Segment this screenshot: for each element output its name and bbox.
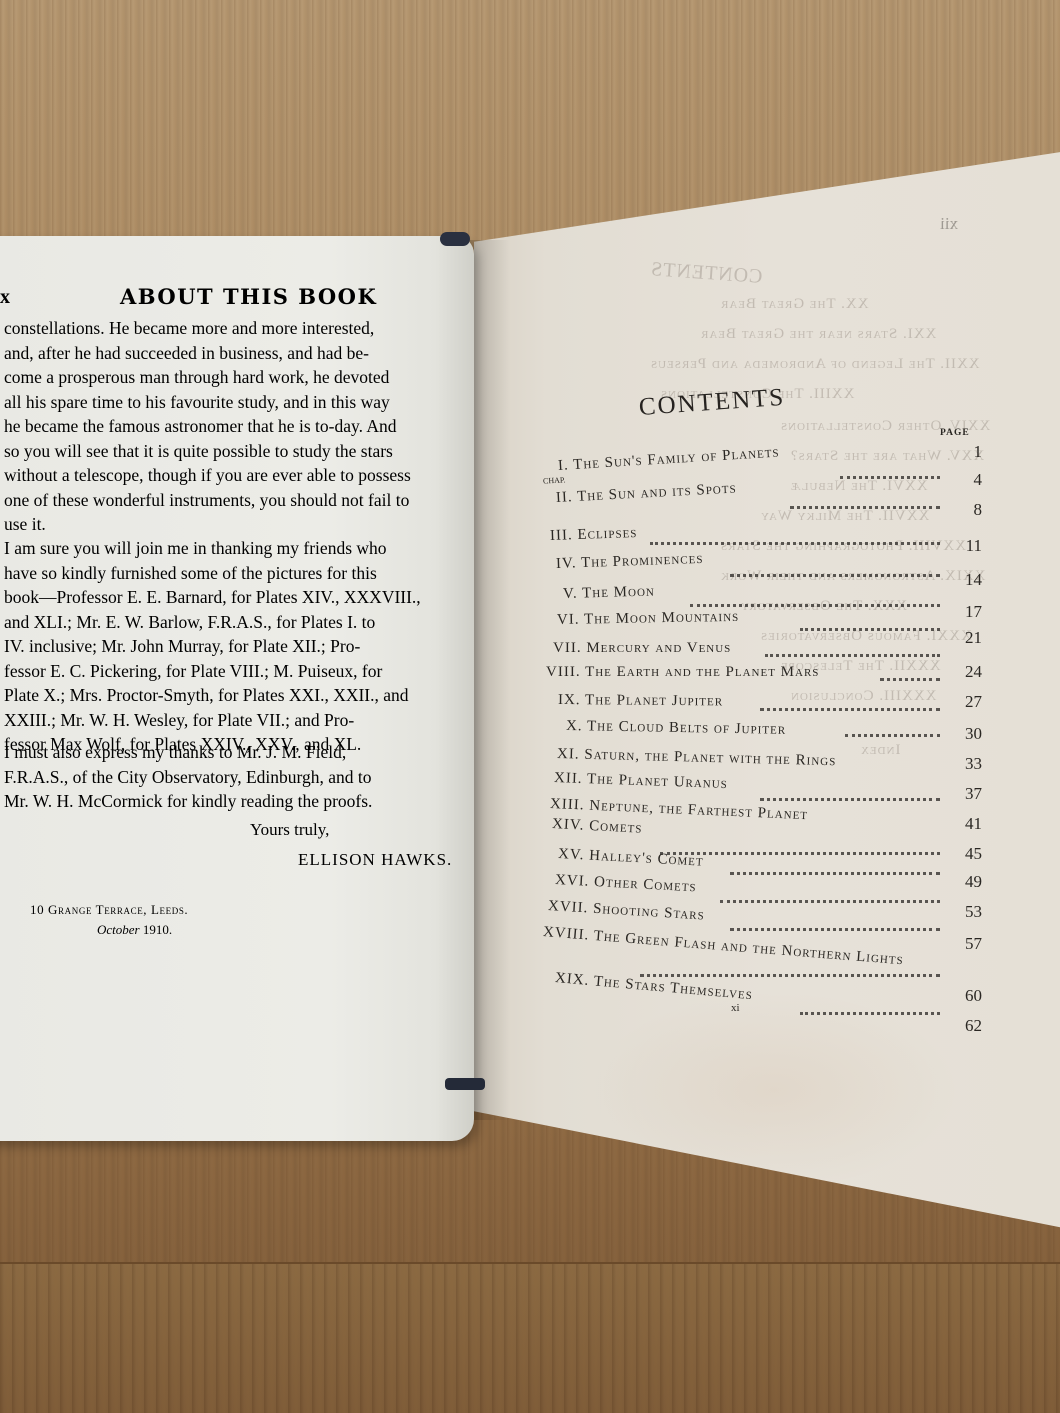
show-through-page-number: xii <box>940 214 958 234</box>
toc-entry-title: XVII. Shooting Stars <box>547 898 705 925</box>
leader-dots <box>690 598 940 607</box>
chapter-numeral: V. <box>563 586 578 602</box>
chapter-numeral: XII. <box>554 770 583 787</box>
chapter-numeral: II. <box>556 489 574 506</box>
show-through-line: XX. The Great Bear <box>720 296 869 313</box>
chapter-numeral: XIV. <box>552 816 585 834</box>
chapter-title: Eclipses <box>577 525 637 543</box>
leader-dots <box>790 500 940 509</box>
text-line: he became the famous astronomer that he … <box>4 414 466 439</box>
text-line: and, after he had succeeded in business,… <box>4 341 466 366</box>
chapter-numeral: XI. <box>557 746 580 763</box>
toc-entry-title: XI. Saturn, the Planet with the Rings <box>557 746 837 770</box>
toc-entry: IV. The Prominences 14 <box>0 556 1060 584</box>
toc-entry-title: VI. The Moon Mountains <box>557 609 740 629</box>
text-line: come a prosperous man through hard work,… <box>4 365 466 390</box>
chapter-title: The Moon <box>582 584 655 602</box>
page-column-label: PAGE <box>940 428 970 438</box>
chapter-numeral: IX. <box>558 692 581 708</box>
toc-page-number: 11 <box>956 536 982 556</box>
chapter-title: The Cloud Belts of Jupiter <box>587 718 786 737</box>
toc-entry: XVII. Shooting Stars 60 <box>0 898 1060 926</box>
toc-entry-title: XVI. Other Comets <box>555 872 697 896</box>
chapter-numeral: VII. <box>553 640 582 656</box>
book-cover-edge-top <box>440 232 470 246</box>
toc-entry: XV. Halley's Comet 53 <box>0 846 1060 874</box>
toc-entry: XII. The Planet Uranus 41 <box>0 770 1060 798</box>
toc-entry-title: VIII. The Earth and the Planet Mars <box>546 664 819 681</box>
chapter-title: The Planet Jupiter <box>585 692 723 709</box>
toc-page-number: 4 <box>956 470 982 490</box>
text-line: constellations. He became more and more … <box>4 316 466 341</box>
chapter-title: Mercury and Venus <box>586 640 731 656</box>
show-through-line: XXII. The Legend of Andromeda and Perseu… <box>650 356 980 373</box>
chapter-numeral: I. <box>557 457 569 474</box>
book-cover-edge-bottom <box>445 1078 485 1090</box>
toc-entry: III. Eclipses 11 <box>0 528 1060 556</box>
toc-entry-title: III. Eclipses <box>550 525 638 545</box>
toc-entry: V. The Moon 17 <box>0 586 1060 614</box>
chapter-numeral: XVII. <box>548 898 589 916</box>
chapter-numeral: X. <box>566 718 583 734</box>
chapter-title: Halley's Comet <box>589 848 704 870</box>
chapter-title: Saturn, the Planet with the Rings <box>584 747 836 770</box>
chapter-numeral: XIII. <box>550 796 585 813</box>
chapter-numeral: XVI. <box>555 872 590 890</box>
toc-entry-title: V. The Moon <box>563 584 655 603</box>
toc-entry-title: IX. The Planet Jupiter <box>558 692 723 710</box>
leader-dots <box>730 568 940 577</box>
leader-dots <box>880 672 940 681</box>
folio-page-number: xi <box>731 1002 740 1014</box>
floorboards <box>0 1262 1060 1413</box>
chapter-numeral: VIII. <box>546 664 581 680</box>
leader-dots <box>760 702 940 711</box>
toc-entry: VIII. The Earth and the Planet Mars 27 <box>0 664 1060 692</box>
toc-entry-title: XIV. Comets <box>552 816 643 838</box>
toc-entry-title: XII. The Planet Uranus <box>554 770 728 793</box>
leader-dots <box>840 470 940 479</box>
chapter-numeral: XVIII. <box>542 924 590 944</box>
chapter-numeral: XV. <box>558 846 585 863</box>
toc-entry: II. The Sun and its Spots 8 <box>0 490 1060 518</box>
toc-page-number: 8 <box>956 500 982 520</box>
toc-entry: XIV. Comets 49 <box>0 816 1060 844</box>
toc-entry-title: VII. Mercury and Venus <box>553 640 731 657</box>
leader-dots <box>800 1006 940 1015</box>
chapter-title: The Planet Uranus <box>587 771 728 792</box>
leader-dots <box>800 622 940 631</box>
left-page-number: x <box>0 286 10 309</box>
chapter-title: Shooting Stars <box>593 901 706 924</box>
toc-entry: VI. The Moon Mountains 21 <box>0 612 1060 640</box>
leader-dots <box>845 728 940 737</box>
toc-entry: X. The Cloud Belts of Jupiter 33 <box>0 718 1060 746</box>
text-line: all his spare time to his favourite stud… <box>4 390 466 415</box>
show-through-line: XXI. Stars near the Great Bear <box>700 326 936 343</box>
chapter-title: The Prominences <box>581 551 704 571</box>
leader-dots <box>650 536 940 545</box>
chapter-title: The Moon Mountains <box>584 609 739 628</box>
running-head: ABOUT THIS BOOK <box>120 284 377 309</box>
toc-entry: XIX. The Stars Themselves <box>0 970 1060 998</box>
toc-entry: I. The Sun's Family of Planets 4 <box>0 458 1060 486</box>
toc-page-number: 62 <box>956 1016 982 1036</box>
toc-entry: IX. The Planet Jupiter 30 <box>0 692 1060 720</box>
chapter-title: Other Comets <box>594 874 697 895</box>
chapter-title: The Earth and the Planet Mars <box>585 664 819 680</box>
leader-dots <box>765 648 940 657</box>
toc-entry: XVI. Other Comets 57 <box>0 872 1060 900</box>
chapter-numeral: III. <box>550 527 573 544</box>
toc-entry-title: X. The Cloud Belts of Jupiter <box>566 718 786 739</box>
toc-entry-title: XV. Halley's Comet <box>558 846 705 871</box>
chapter-title: Comets <box>589 818 643 837</box>
chapter-numeral: VI. <box>557 612 580 628</box>
toc-entry: XVIII. The Green Flash and the Northern … <box>0 924 1060 952</box>
chapter-numeral: XIX. <box>554 970 590 989</box>
chapter-numeral: IV. <box>556 555 577 572</box>
